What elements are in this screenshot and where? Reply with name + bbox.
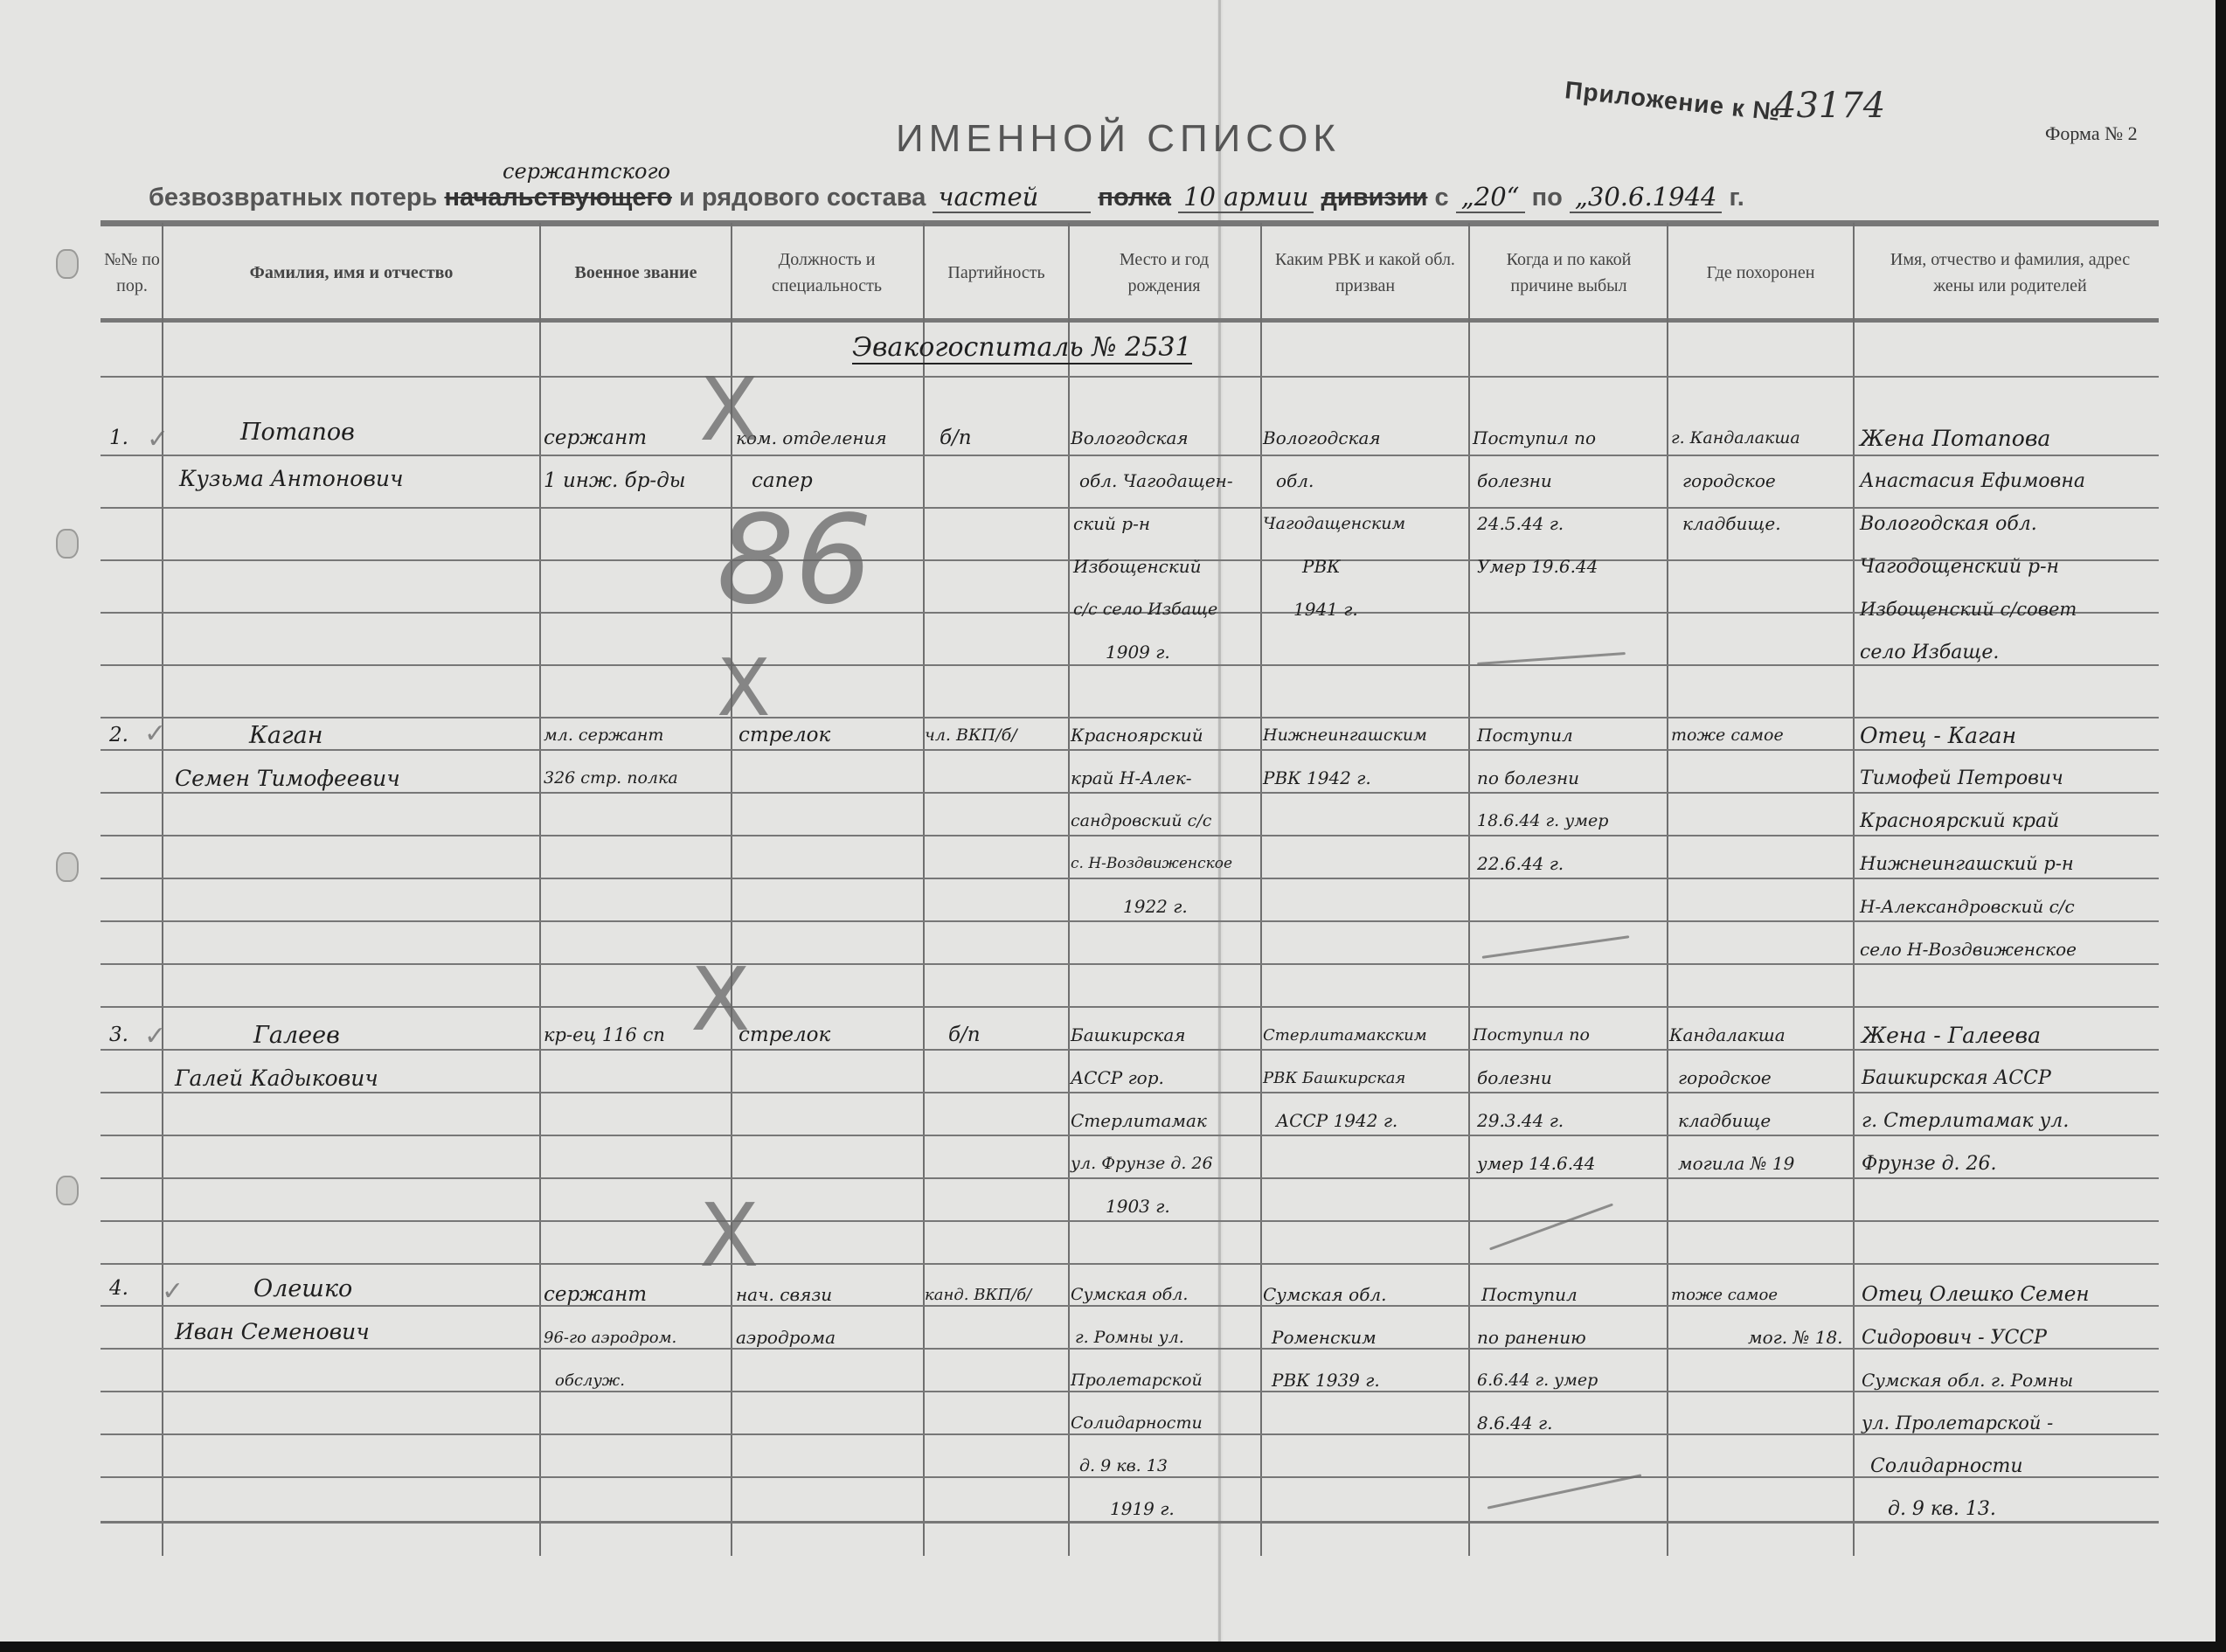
row-number: 1. <box>109 413 128 464</box>
subtitle-middle: и рядового состава <box>679 184 926 212</box>
column-divider <box>923 223 925 1556</box>
binder-hole <box>56 852 79 882</box>
ruled-line <box>101 963 2159 965</box>
pencil-stroke <box>1477 652 1626 665</box>
header-name: Фамилия, имя и отчество <box>163 229 539 316</box>
given-names: Семен Тимофеевич <box>175 753 400 804</box>
position: стрелок <box>739 1010 830 1061</box>
archival-document-page: Приложение к № 43174 Форма № 2 ИМЕННОЙ С… <box>0 0 2216 1642</box>
relatives-line: д. 9 кв. 13. <box>1888 1483 1996 1535</box>
given-names: Галей Кадыкович <box>175 1052 378 1104</box>
when-line: 8.6.44 г. <box>1477 1398 1552 1449</box>
header-birth: Место и год рождения <box>1087 229 1241 316</box>
relatives-line: село Н-Воздвиженское <box>1860 924 2077 975</box>
buried-line: кладбище. <box>1682 498 1781 550</box>
when-line: Умер 19.6.44 <box>1477 541 1598 593</box>
pencil-stroke <box>1487 1474 1642 1509</box>
row-number: 3. <box>109 1010 128 1061</box>
party: чл. ВКП/б/ <box>925 710 1017 761</box>
column-divider <box>1260 223 1262 1556</box>
rvk-year: 1941 г. <box>1293 584 1358 635</box>
header-number: №№ по пор. <box>103 229 161 316</box>
column-divider <box>539 223 541 1556</box>
when-line: умер 14.6.44 <box>1477 1138 1596 1190</box>
relatives-line: Фрунзе д. 26. <box>1862 1138 1997 1190</box>
row-number: 2. <box>109 710 128 761</box>
section-heading: Эвакогоспиталь № 2531 <box>852 332 1192 364</box>
rank-unit: 1 инж. бр-ды <box>544 455 686 507</box>
header-buried: Где похоронен <box>1668 229 1853 316</box>
surname: Потапов <box>240 406 355 458</box>
birth-year: 1922 г. <box>1123 881 1188 933</box>
crossed-word: начальствующего <box>444 184 671 212</box>
buried-line: тоже самое <box>1671 710 1784 761</box>
buried-line: мог. № 18. <box>1748 1312 1843 1364</box>
column-divider <box>1853 223 1855 1556</box>
birth-year: 1903 г. <box>1106 1181 1170 1232</box>
binder-hole <box>56 529 79 559</box>
party: б/п <box>948 1010 981 1061</box>
to-date: „30.6.1944 <box>1570 182 1723 213</box>
cross-mark-icon: X <box>699 1184 759 1287</box>
birth-year: 1909 г. <box>1106 627 1170 678</box>
header-party: Партийность <box>925 229 1068 316</box>
check-mark-icon: ✓ <box>144 718 166 749</box>
pencil-stroke <box>1482 935 1630 959</box>
ruled-line <box>101 376 2159 378</box>
row-number: 4. <box>109 1263 128 1315</box>
rvk-line: РВК 1942 г. <box>1263 753 1371 804</box>
rank: кр-ец 116 сп <box>544 1010 665 1061</box>
cross-mark-icon: X <box>717 642 771 734</box>
inserted-word: сержантского <box>503 159 670 184</box>
given-names: Иван Семенович <box>175 1306 370 1357</box>
given-names: Кузьма Антонович <box>179 453 404 504</box>
units-field: частей <box>933 182 1091 213</box>
check-mark-icon: ✓ <box>147 424 169 455</box>
binder-hole <box>56 1176 79 1205</box>
crossed-division: дивизии <box>1321 184 1428 212</box>
appendix-stamp: Приложение к № <box>1564 76 1782 127</box>
rvk-line: РВК 1939 г. <box>1272 1355 1380 1406</box>
rvk-line: АССР 1942 г. <box>1276 1095 1397 1147</box>
ruled-line <box>101 1263 2159 1265</box>
from-date: „20“ <box>1456 182 1525 213</box>
column-divider <box>162 223 163 1556</box>
specialty: аэродрома <box>736 1312 836 1364</box>
birth-year: 1919 г. <box>1110 1483 1175 1535</box>
ruled-line <box>101 1006 2159 1008</box>
party: канд. ВКП/б/ <box>925 1269 1031 1321</box>
header-rank: Военное звание <box>541 229 731 316</box>
appendix-number: 43174 <box>1774 86 1885 126</box>
crossed-polka: полка <box>1098 184 1171 212</box>
relatives-line: село Избаще. <box>1860 627 1999 678</box>
header-when: Когда и по какой причине выбыл <box>1479 229 1659 316</box>
column-divider <box>1468 223 1470 1556</box>
from-label: с <box>1435 184 1449 212</box>
cross-mark-icon: X <box>690 948 751 1051</box>
rank-unit: 326 стр. полка <box>544 753 678 804</box>
column-divider <box>1068 223 1070 1556</box>
header-rvk: Каким РВК и какой обл. призван <box>1262 229 1468 316</box>
cross-mark-icon: X <box>699 358 759 461</box>
check-mark-icon: ✓ <box>144 1021 166 1052</box>
when-line: 22.6.44 г. <box>1477 838 1564 890</box>
buried-line: могила № 19 <box>1678 1138 1794 1190</box>
column-divider <box>1667 223 1668 1556</box>
check-mark-icon: ✓ <box>162 1276 184 1307</box>
to-label: по <box>1532 184 1563 212</box>
binder-hole <box>56 249 79 279</box>
pencil-stroke <box>1489 1203 1613 1250</box>
party: б/п <box>940 413 972 464</box>
form-number: Форма № 2 <box>2045 122 2138 145</box>
army-field: 10 армии <box>1178 182 1314 213</box>
rank-unit: обслуж. <box>555 1355 625 1406</box>
subtitle-prefix: безвозвратных потерь <box>149 184 437 212</box>
header-position: Должность и специальность <box>750 229 904 316</box>
year-suffix: г. <box>1730 184 1744 212</box>
document-subtitle: безвозвратных потерь начальствующего и р… <box>149 182 1744 212</box>
pencil-number: 86 <box>717 489 872 632</box>
header-rule-bottom <box>101 318 2159 323</box>
document-title: ИМЕННОЙ СПИСОК <box>896 117 1341 161</box>
header-rule <box>101 220 2159 226</box>
header-relatives: Имя, отчество и фамилия, адрес жены или … <box>1870 229 2150 316</box>
